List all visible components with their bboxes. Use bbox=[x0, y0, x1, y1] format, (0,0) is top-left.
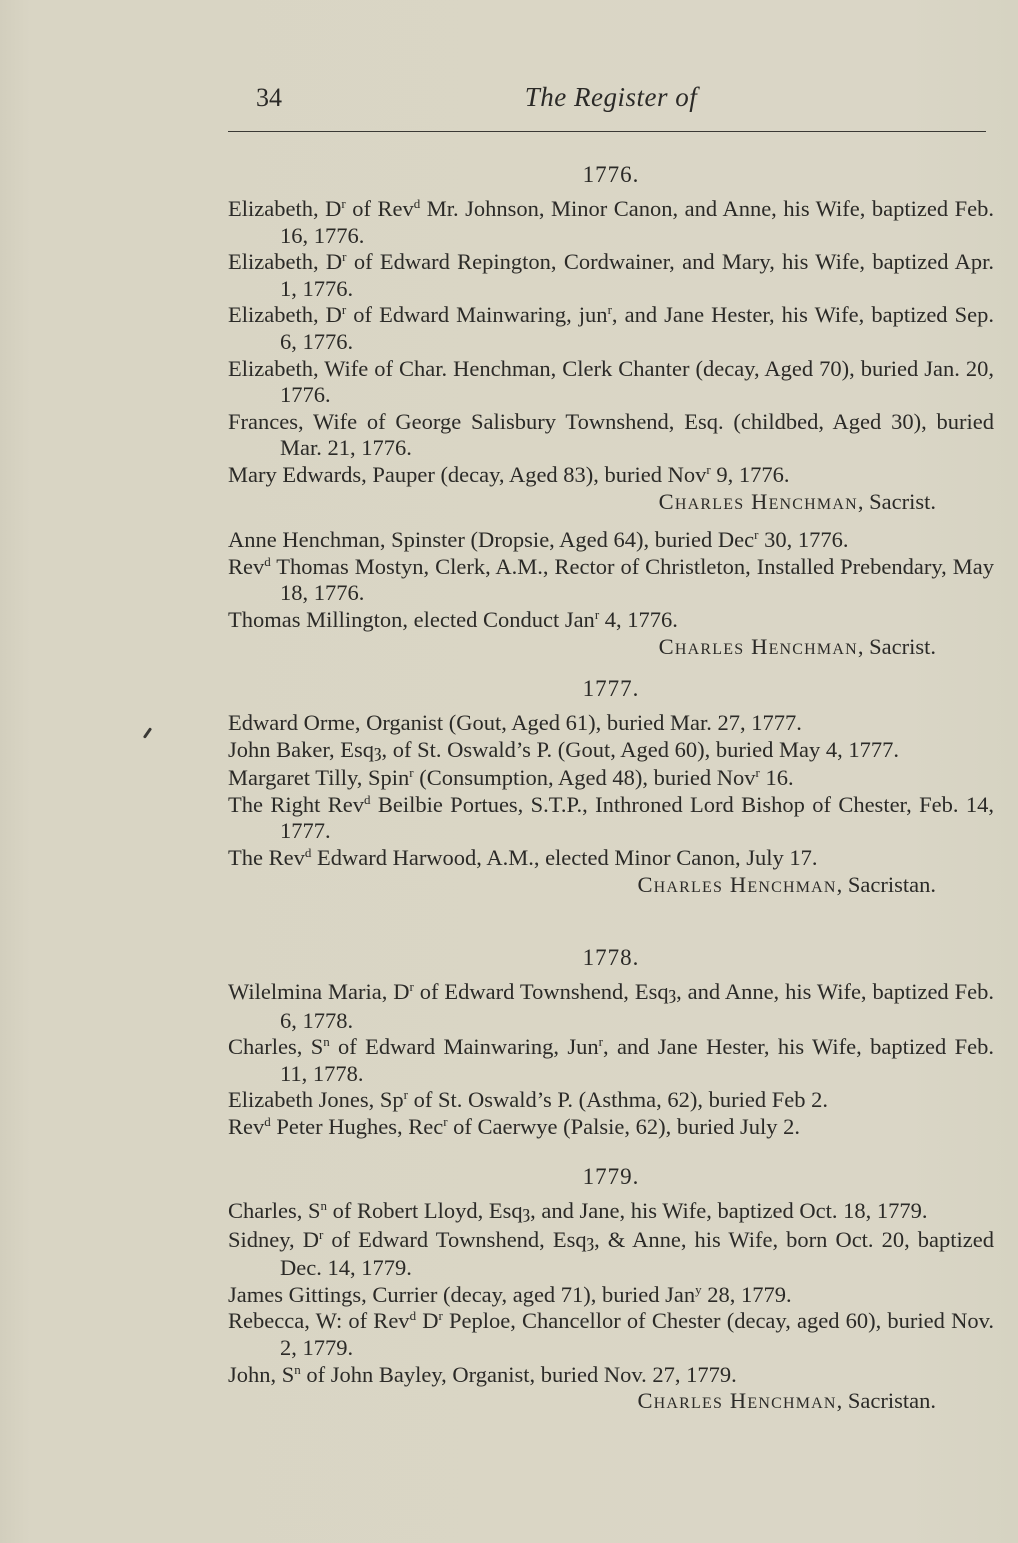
signatory-title: , Sacristan. bbox=[837, 872, 936, 897]
register-entry: Margaret Tilly, Spinr (Consumption, Aged… bbox=[228, 765, 994, 792]
register-entry: Charles, Sn of Edward Mainwaring, Junr, … bbox=[228, 1034, 994, 1087]
section-1779: 1779. Charles, Sn of Robert Lloyd, Esqȝ,… bbox=[228, 1162, 994, 1415]
entries: Anne Henchman, Spinster (Dropsie, Aged 6… bbox=[228, 527, 994, 633]
year-heading: 1776. bbox=[228, 160, 994, 190]
entries: Charles, Sn of Robert Lloyd, Esqȝ, and J… bbox=[228, 1198, 994, 1388]
register-entry: The Right Revd Beilbie Portues, S.T.P., … bbox=[228, 792, 994, 845]
signature: Charles Henchman, Sacristan. bbox=[228, 1388, 994, 1415]
register-entry: Anne Henchman, Spinster (Dropsie, Aged 6… bbox=[228, 527, 994, 554]
register-entry: Thomas Millington, elected Conduct Janr … bbox=[228, 607, 994, 634]
signatory-name: Charles Henchman bbox=[637, 1388, 836, 1413]
section-1778: 1778. Wilelmina Maria, Dr of Edward Town… bbox=[228, 943, 994, 1141]
register-entry: Edward Orme, Organist (Gout, Aged 61), b… bbox=[228, 710, 994, 737]
register-entry: Elizabeth, Dr of Edward Mainwaring, junr… bbox=[228, 302, 994, 355]
signatory-name: Charles Henchman bbox=[659, 634, 858, 659]
signatory-title: , Sacristan. bbox=[837, 1388, 936, 1413]
section-1776: 1776. Elizabeth, Dr of Revd Mr. Johnson,… bbox=[228, 160, 994, 660]
register-entry: James Gittings, Currier (decay, aged 71)… bbox=[228, 1282, 994, 1309]
entries: Edward Orme, Organist (Gout, Aged 61), b… bbox=[228, 710, 994, 872]
entries: Wilelmina Maria, Dr of Edward Townshend,… bbox=[228, 979, 994, 1141]
register-entry: Sidney, Dr of Edward Townshend, Esqȝ, & … bbox=[228, 1227, 994, 1282]
signatory-name: Charles Henchman bbox=[659, 489, 858, 514]
register-entry: Elizabeth, Dr of Revd Mr. Johnson, Minor… bbox=[228, 196, 994, 249]
signatory-title: , Sacrist. bbox=[858, 634, 936, 659]
register-entry: Charles, Sn of Robert Lloyd, Esqȝ, and J… bbox=[228, 1198, 994, 1227]
running-head: 34 The Register of bbox=[228, 83, 994, 119]
register-entry: Rebecca, W: of Revd Dr Peploe, Chancello… bbox=[228, 1308, 994, 1361]
register-entry: Revd Thomas Mostyn, Clerk, A.M., Rector … bbox=[228, 554, 994, 607]
year-heading: 1779. bbox=[228, 1162, 994, 1192]
running-title: The Register of bbox=[228, 82, 994, 113]
register-entry: Revd Peter Hughes, Recr of Caerwye (Pals… bbox=[228, 1114, 994, 1141]
signature: Charles Henchman, Sacrist. bbox=[228, 634, 994, 661]
register-entry: John, Sn of John Bayley, Organist, burie… bbox=[228, 1362, 994, 1389]
section-1777: 1777. Edward Orme, Organist (Gout, Aged … bbox=[228, 674, 994, 898]
entries: Elizabeth, Dr of Revd Mr. Johnson, Minor… bbox=[228, 196, 994, 489]
register-entry: Frances, Wife of George Salisbury Townsh… bbox=[228, 409, 994, 462]
register-entry: Mary Edwards, Pauper (decay, Aged 83), b… bbox=[228, 462, 994, 489]
signature: Charles Henchman, Sacristan. bbox=[228, 872, 994, 899]
signature: Charles Henchman, Sacrist. bbox=[228, 489, 994, 516]
register-entry: Elizabeth, Dr of Edward Repington, Cordw… bbox=[228, 249, 994, 302]
register-entry: The Revd Edward Harwood, A.M., elected M… bbox=[228, 845, 994, 872]
register-entry: John Baker, Esqȝ, of St. Oswald’s P. (Go… bbox=[228, 737, 994, 766]
header-rule bbox=[228, 131, 986, 132]
register-entry: Elizabeth Jones, Spr of St. Oswald’s P. … bbox=[228, 1087, 994, 1114]
register-entry: Wilelmina Maria, Dr of Edward Townshend,… bbox=[228, 979, 994, 1034]
year-heading: 1778. bbox=[228, 943, 994, 973]
signatory-name: Charles Henchman bbox=[637, 872, 836, 897]
ink-mark bbox=[143, 727, 152, 739]
year-heading: 1777. bbox=[228, 674, 994, 704]
signatory-title: , Sacrist. bbox=[858, 489, 936, 514]
register-entry: Elizabeth, Wife of Char. Henchman, Clerk… bbox=[228, 356, 994, 409]
